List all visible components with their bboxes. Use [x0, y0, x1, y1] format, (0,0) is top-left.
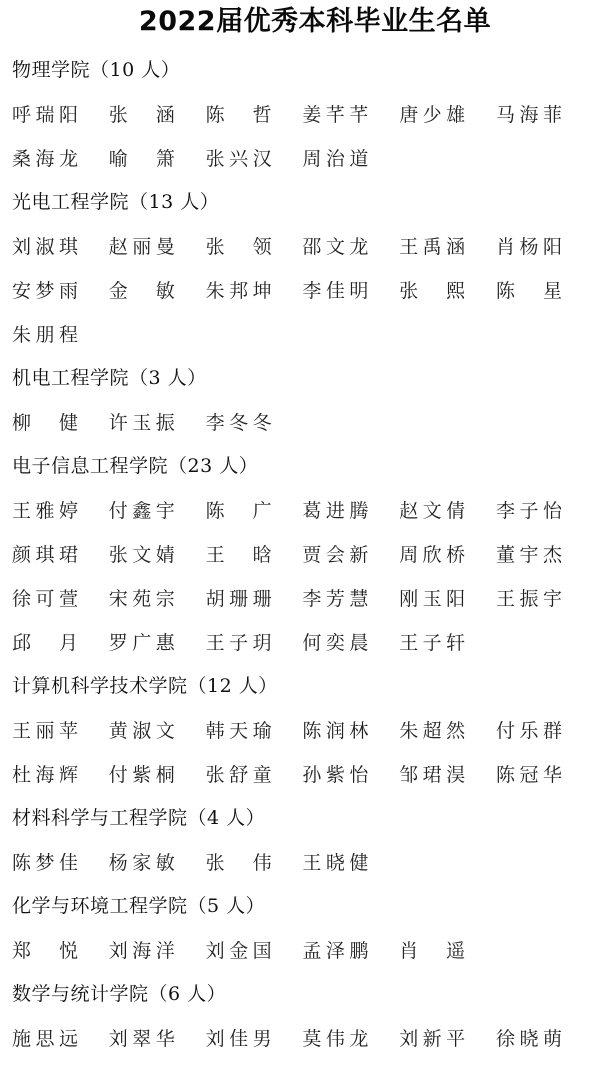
names-grid: 陈梦佳杨家敏张伟王晓健: [12, 844, 600, 888]
student-name: 张文婧: [109, 536, 175, 580]
section-mechatronic-engineering: 机电工程学院（3 人） 柳健许玉振李冬冬: [12, 360, 600, 448]
student-name: 刚玉阳: [399, 580, 465, 624]
student-name: 姜芊芊: [302, 96, 368, 140]
student-name: 喻箫: [109, 140, 175, 184]
student-name: 张熙: [399, 272, 465, 316]
student-name: 陈哲: [206, 96, 272, 140]
student-name: 李芳慧: [302, 580, 368, 624]
student-name: 朱超然: [399, 712, 465, 756]
student-name: 周治道: [302, 140, 368, 184]
student-name: 罗广惠: [109, 624, 175, 668]
student-name: 莫伟龙: [302, 1020, 368, 1064]
names-grid: 施思远刘翠华刘佳男莫伟龙刘新平徐晓萌: [12, 1020, 600, 1064]
section-heading: 电子信息工程学院（23 人）: [12, 448, 600, 492]
names-grid: 刘淑琪赵丽曼张领邵文龙王禹涵肖杨阳安梦雨金敏朱邦坤李佳明张熙陈星朱朋程: [12, 228, 600, 360]
student-name: 陈润林: [302, 712, 368, 756]
section-heading: 物理学院（10 人）: [12, 52, 600, 96]
student-name: 刘金国: [206, 932, 272, 976]
names-grid: 柳健许玉振李冬冬: [12, 404, 600, 448]
student-name: 安梦雨: [12, 272, 78, 316]
student-name: 刘新平: [399, 1020, 465, 1064]
section-chemistry-environmental: 化学与环境工程学院（5 人） 郑悦刘海洋刘金国孟泽鹏肖遥: [12, 888, 600, 976]
section-materials-science: 材料科学与工程学院（4 人） 陈梦佳杨家敏张伟王晓健: [12, 800, 600, 888]
student-name: 张领: [206, 228, 272, 272]
student-name: 肖遥: [399, 932, 465, 976]
student-name: 张舒童: [206, 756, 272, 800]
section-computer-science: 计算机科学技术学院（12 人） 王丽苹黄淑文韩天瑜陈润林朱超然付乐群杜海辉付紫桐…: [12, 668, 600, 800]
student-name: 胡珊珊: [206, 580, 272, 624]
student-name: 王晓健: [302, 844, 368, 888]
student-name: 付鑫宇: [109, 492, 175, 536]
student-name: 王雅婷: [12, 492, 78, 536]
student-name: 刘翠华: [109, 1020, 175, 1064]
section-heading: 化学与环境工程学院（5 人）: [12, 888, 600, 932]
student-name: 许玉振: [109, 404, 175, 448]
section-heading: 机电工程学院（3 人）: [12, 360, 600, 404]
names-grid: 王丽苹黄淑文韩天瑜陈润林朱超然付乐群杜海辉付紫桐张舒童孙紫怡邹珺淏陈冠华: [12, 712, 600, 800]
student-name: 付乐群: [496, 712, 562, 756]
section-heading: 光电工程学院（13 人）: [12, 184, 600, 228]
student-name: 朱邦坤: [206, 272, 272, 316]
student-name: 李冬冬: [206, 404, 272, 448]
student-name: 陈广: [206, 492, 272, 536]
student-name: 张伟: [206, 844, 272, 888]
document-title: 2022届优秀本科毕业生名单: [0, 4, 600, 40]
section-heading: 计算机科学技术学院（12 人）: [12, 668, 600, 712]
section-heading: 材料科学与工程学院（4 人）: [12, 800, 600, 844]
student-name: 金敏: [109, 272, 175, 316]
student-name: 赵文倩: [399, 492, 465, 536]
student-name: 施思远: [12, 1020, 78, 1064]
student-name: 王子玥: [206, 624, 272, 668]
names-grid: 郑悦刘海洋刘金国孟泽鹏肖遥: [12, 932, 600, 976]
names-grid: 呼瑞阳张涵陈哲姜芊芊唐少雄马海菲桑海龙喻箫张兴汉周治道: [12, 96, 600, 184]
student-name: 徐晓萌: [496, 1020, 562, 1064]
student-name: 张涵: [109, 96, 175, 140]
student-name: 郑悦: [12, 932, 78, 976]
student-name: 杜海辉: [12, 756, 78, 800]
student-name: 葛进腾: [302, 492, 368, 536]
student-name: 邱月: [12, 624, 78, 668]
student-name: 柳健: [12, 404, 78, 448]
student-name: 肖杨阳: [496, 228, 562, 272]
student-name: 杨家敏: [109, 844, 175, 888]
student-name: 邵文龙: [302, 228, 368, 272]
student-name: 付紫桐: [109, 756, 175, 800]
student-name: 董宇杰: [496, 536, 562, 580]
student-name: 宋苑宗: [109, 580, 175, 624]
honor-roll-list: 物理学院（10 人） 呼瑞阳张涵陈哲姜芊芊唐少雄马海菲桑海龙喻箫张兴汉周治道 光…: [12, 52, 600, 1064]
section-mathematics-statistics: 数学与统计学院（6 人） 施思远刘翠华刘佳男莫伟龙刘新平徐晓萌: [12, 976, 600, 1064]
student-name: 王振宇: [496, 580, 562, 624]
student-name: 王晗: [206, 536, 272, 580]
section-optoelectronic-engineering: 光电工程学院（13 人） 刘淑琪赵丽曼张领邵文龙王禹涵肖杨阳安梦雨金敏朱邦坤李佳…: [12, 184, 600, 360]
student-name: 刘海洋: [109, 932, 175, 976]
student-name: 呼瑞阳: [12, 96, 78, 140]
student-name: 黄淑文: [109, 712, 175, 756]
student-name: 刘佳男: [206, 1020, 272, 1064]
section-heading: 数学与统计学院（6 人）: [12, 976, 600, 1020]
section-electronic-information-engineering: 电子信息工程学院（23 人） 王雅婷付鑫宇陈广葛进腾赵文倩李子怡颜琪珺张文婧王晗…: [12, 448, 600, 668]
student-name: 刘淑琪: [12, 228, 78, 272]
student-name: 王子轩: [399, 624, 465, 668]
section-physics: 物理学院（10 人） 呼瑞阳张涵陈哲姜芊芊唐少雄马海菲桑海龙喻箫张兴汉周治道: [12, 52, 600, 184]
student-name: 王禹涵: [399, 228, 465, 272]
student-name: 周欣桥: [399, 536, 465, 580]
student-name: 唐少雄: [399, 96, 465, 140]
student-name: 孙紫怡: [302, 756, 368, 800]
student-name: 李子怡: [496, 492, 562, 536]
student-name: 贾会新: [302, 536, 368, 580]
student-name: 王丽苹: [12, 712, 78, 756]
student-name: 颜琪珺: [12, 536, 78, 580]
student-name: 马海菲: [496, 96, 562, 140]
student-name: 邹珺淏: [399, 756, 465, 800]
student-name: 何奕晨: [302, 624, 368, 668]
student-name: 朱朋程: [12, 316, 78, 360]
student-name: 赵丽曼: [109, 228, 175, 272]
names-grid: 王雅婷付鑫宇陈广葛进腾赵文倩李子怡颜琪珺张文婧王晗贾会新周欣桥董宇杰徐可萱宋苑宗…: [12, 492, 600, 668]
student-name: 李佳明: [302, 272, 368, 316]
student-name: 张兴汉: [206, 140, 272, 184]
student-name: 桑海龙: [12, 140, 78, 184]
student-name: 陈星: [496, 272, 562, 316]
student-name: 陈冠华: [496, 756, 562, 800]
student-name: 徐可萱: [12, 580, 78, 624]
student-name: 陈梦佳: [12, 844, 78, 888]
student-name: 韩天瑜: [206, 712, 272, 756]
student-name: 孟泽鹏: [302, 932, 368, 976]
